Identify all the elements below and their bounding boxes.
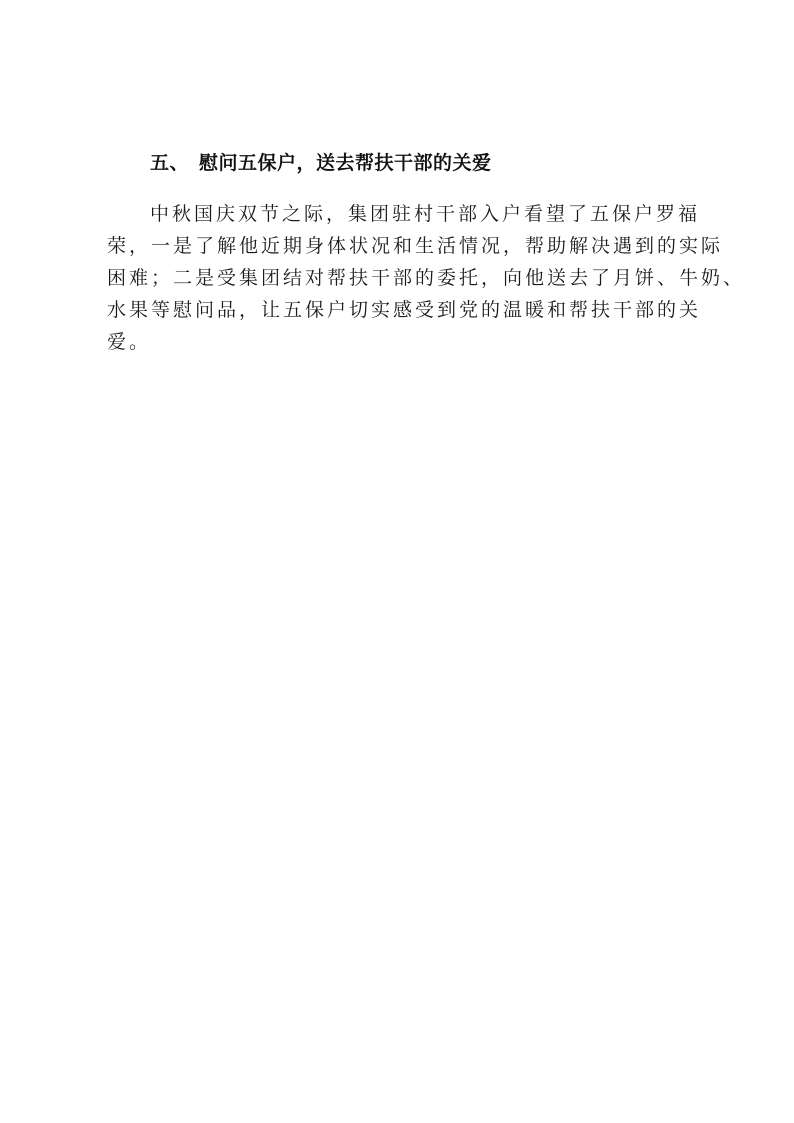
paragraph-line: 水果等慰问品，让五保户切实感受到党的温暖和帮扶干部的关 [107,294,691,326]
paragraph-line: 中秋国庆双节之际，集团驻村干部入户看望了五保户罗福 [107,198,691,230]
paragraph-line: 爱。 [107,326,691,358]
body-paragraph: 中秋国庆双节之际，集团驻村干部入户看望了五保户罗福 荣，一是了解他近期身体状况和… [107,198,691,358]
document-page: 五、慰问五保户，送去帮扶干部的关爱 中秋国庆双节之际，集团驻村干部入户看望了五保… [0,0,794,1123]
section-heading: 五、慰问五保户，送去帮扶干部的关爱 [150,150,492,176]
section-title: 慰问五保户，送去帮扶干部的关爱 [199,152,492,174]
paragraph-line: 困难；二是受集团结对帮扶干部的委托，向他送去了月饼、牛奶、 [107,262,691,294]
section-number: 五、 [150,152,189,174]
paragraph-line: 荣，一是了解他近期身体状况和生活情况，帮助解决遇到的实际 [107,230,691,262]
